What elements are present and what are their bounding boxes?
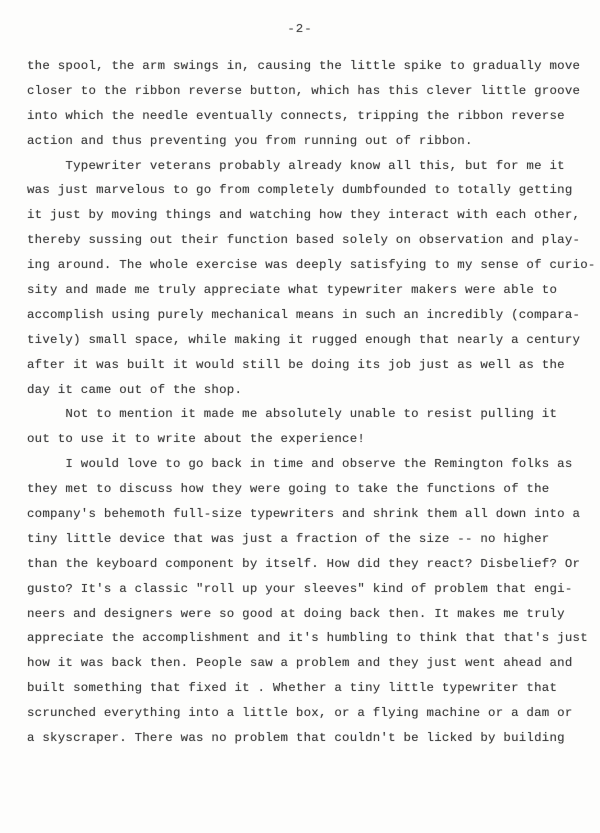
typed-text-body: the spool, the arm swings in, causing th…	[27, 54, 583, 751]
page-number: -2-	[0, 22, 600, 36]
text-line: after it was built it would still be doi…	[27, 353, 583, 378]
text-line: how it was back then. People saw a probl…	[27, 651, 583, 676]
text-line: into which the needle eventually connect…	[27, 104, 583, 129]
text-line: day it came out of the shop.	[27, 378, 583, 403]
text-line: tively) small space, while making it rug…	[27, 328, 583, 353]
paragraph: I would love to go back in time and obse…	[27, 452, 583, 751]
paragraph: Not to mention it made me absolutely una…	[27, 402, 583, 452]
text-line: tiny little device that was just a fract…	[27, 527, 583, 552]
text-line: action and thus preventing you from runn…	[27, 129, 583, 154]
text-line: Not to mention it made me absolutely una…	[27, 402, 583, 427]
text-line: than the keyboard component by itself. H…	[27, 552, 583, 577]
text-line: was just marvelous to go from completely…	[27, 178, 583, 203]
text-line: the spool, the arm swings in, causing th…	[27, 54, 583, 79]
text-line: out to use it to write about the experie…	[27, 427, 583, 452]
text-line: a skyscraper. There was no problem that …	[27, 726, 583, 751]
paragraph: the spool, the arm swings in, causing th…	[27, 54, 583, 154]
text-line: gusto? It's a classic "roll up your slee…	[27, 577, 583, 602]
text-line: thereby sussing out their function based…	[27, 228, 583, 253]
paragraph: Typewriter veterans probably already kno…	[27, 154, 583, 403]
text-line: sity and made me truly appreciate what t…	[27, 278, 583, 303]
text-line: Typewriter veterans probably already kno…	[27, 154, 583, 179]
text-line: appreciate the accomplishment and it's h…	[27, 626, 583, 651]
text-line: they met to discuss how they were going …	[27, 477, 583, 502]
text-line: ing around. The whole exercise was deepl…	[27, 253, 583, 278]
text-line: company's behemoth full-size typewriters…	[27, 502, 583, 527]
text-line: scrunched everything into a little box, …	[27, 701, 583, 726]
text-line: accomplish using purely mechanical means…	[27, 303, 583, 328]
text-line: I would love to go back in time and obse…	[27, 452, 583, 477]
text-line: built something that fixed it . Whether …	[27, 676, 583, 701]
text-line: closer to the ribbon reverse button, whi…	[27, 79, 583, 104]
text-line: it just by moving things and watching ho…	[27, 203, 583, 228]
document-page: -2- the spool, the arm swings in, causin…	[0, 0, 600, 833]
text-line: neers and designers were so good at doin…	[27, 602, 583, 627]
